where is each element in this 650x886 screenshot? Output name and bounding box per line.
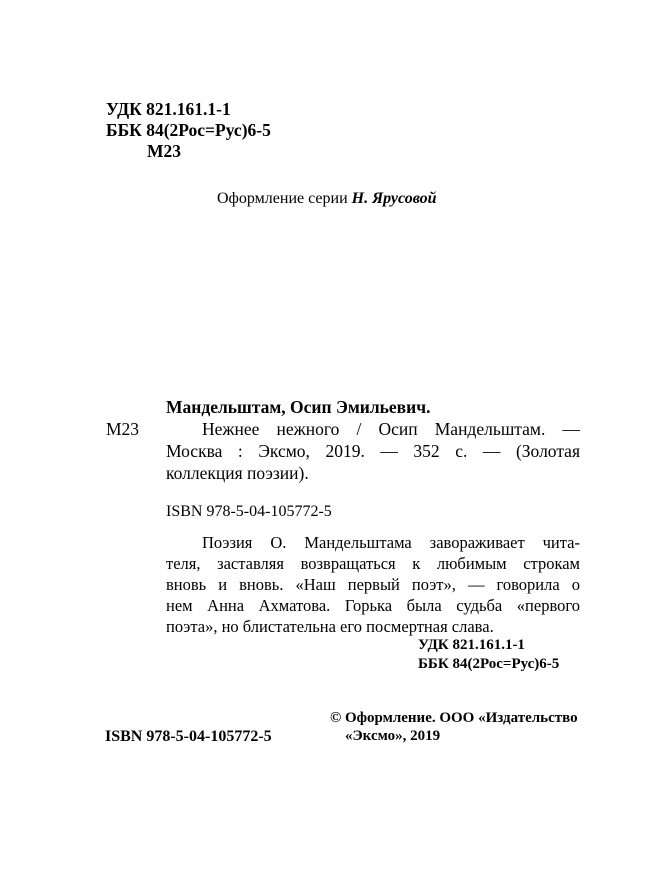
annotation-line: поэта», но блистательна его посмертная с…	[166, 616, 580, 637]
author-heading: Мандельштам, Осип Эмильевич.	[166, 396, 430, 418]
bibliographic-description: Нежнее нежного / Осип Мандельштам. — Мос…	[166, 418, 580, 484]
author-mark-top: М23	[147, 140, 181, 162]
bbk-code-top: ББК 84(2Рос=Рус)6-5	[106, 119, 271, 141]
udk-code-top: УДК 821.161.1-1	[106, 98, 231, 120]
design-credit-prefix: Оформление серии	[217, 190, 348, 207]
udk-code-card: УДК 821.161.1-1	[418, 636, 525, 655]
annotation-line: вновь и вновь. «Наш первый поэт», — гово…	[166, 574, 580, 595]
bib-line: коллекция поэзии).	[166, 462, 580, 484]
copyright-line-2: «Эксмо», 2019	[345, 727, 440, 746]
bib-line: Москва : Эксмо, 2019. — 352 с. — (Золота…	[166, 440, 580, 462]
annotation-line: Поэзия О. Мандельштама завораживает чита…	[166, 532, 580, 553]
design-credit: Оформление серии Н. Ярусовой	[217, 189, 437, 209]
bib-line: Нежнее нежного / Осип Мандельштам. —	[166, 418, 580, 440]
annotation-line: теля, заставляя возвращаться к любимым с…	[166, 553, 580, 574]
annotation-line: нем Анна Ахматова. Горька была судьба «п…	[166, 595, 580, 616]
isbn-footer: ISBN 978-5-04-105772-5	[105, 727, 272, 747]
author-mark: М23	[106, 418, 139, 440]
designer-name: Н. Ярусовой	[352, 190, 437, 207]
annotation: Поэзия О. Мандельштама завораживает чита…	[166, 532, 580, 637]
bbk-code-card: ББК 84(2Рос=Рус)6-5	[418, 655, 559, 674]
copyright-line-1: © Оформление. ООО «Издательство	[330, 709, 578, 728]
isbn-card: ISBN 978-5-04-105772-5	[166, 502, 332, 522]
